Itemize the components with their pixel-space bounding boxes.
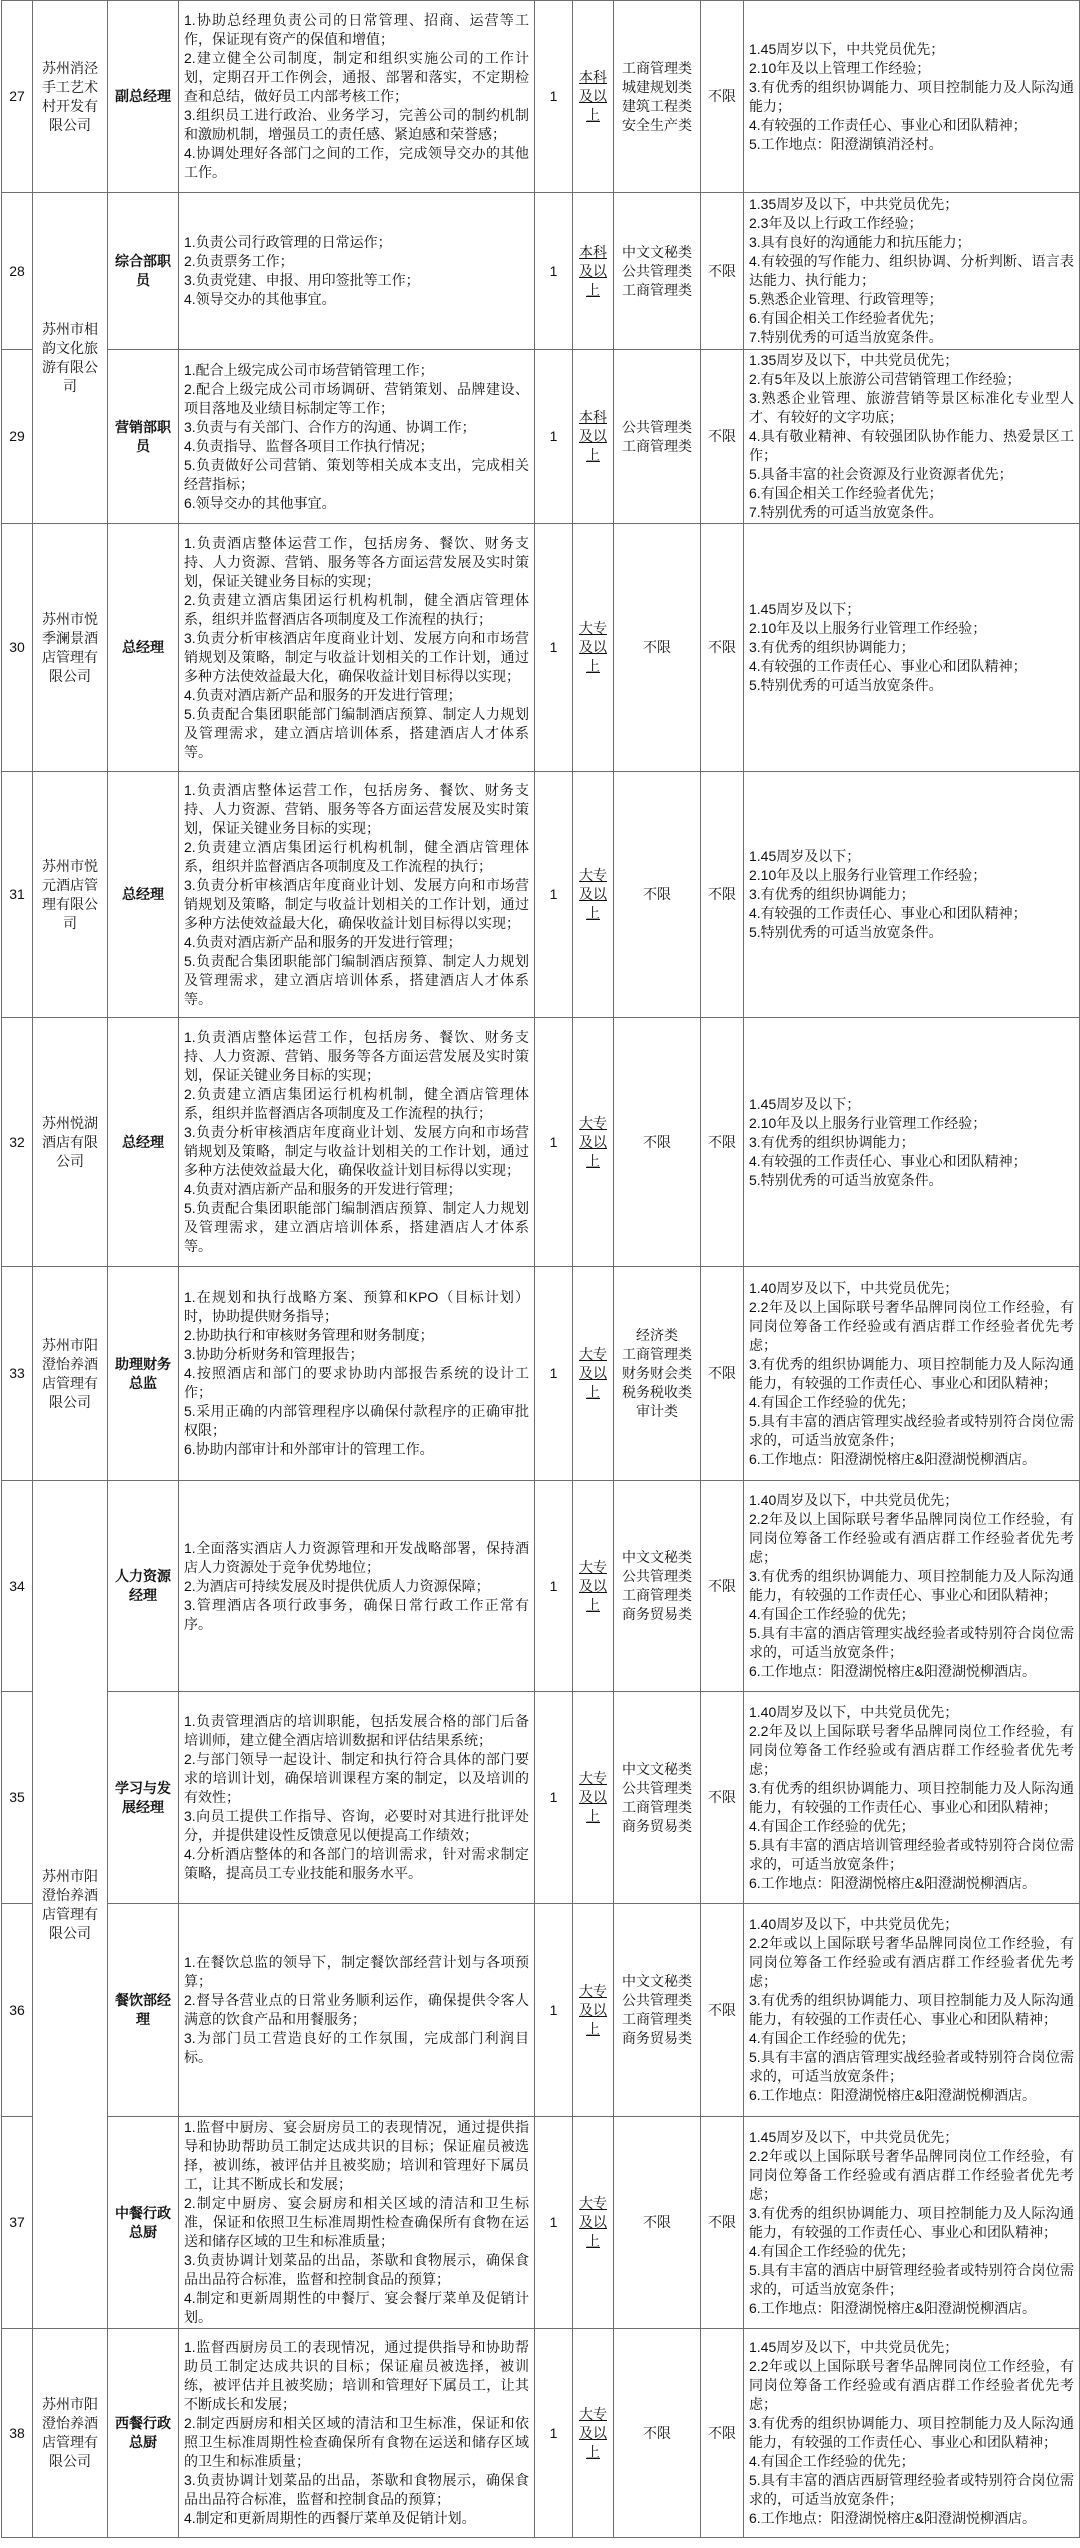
row-number: 29 (2, 350, 33, 524)
major-categories: 中文文秘类 公共管理类 工商管理类 (614, 193, 701, 350)
other-limit: 不限 (701, 350, 744, 524)
education-requirement: 本科及以上 (573, 193, 614, 350)
table-row: 34 苏州市阳澄怡养酒店管理有限公司 人力资源经理 1.全面落实酒店人力资源管理… (2, 1481, 1080, 1692)
other-limit: 不限 (701, 2329, 744, 2538)
other-limit: 不限 (701, 193, 744, 350)
table-row: 30 苏州市悦季澜景酒店管理有限公司 总经理 1.负责酒店整体运营工作，包括房务… (2, 524, 1080, 772)
row-number: 36 (2, 1904, 33, 2117)
major-categories: 公共管理类 工商管理类 (614, 350, 701, 524)
recruitment-table: 27 苏州消泾手工艺术村开发有限公司 副总经理 1.协助总经理负责公司的日常管理… (1, 0, 1080, 2538)
table-row: 37 中餐行政总厨 1.监督中厨房、宴会厨房员工的表现情况，通过提供指导和协助帮… (2, 2117, 1080, 2329)
job-requirements: 1.35周岁及以下，中共党员优先； 2.3年及以上行政工作经验； 3.具有良好的… (744, 193, 1080, 350)
headcount: 1 (535, 772, 573, 1018)
job-requirements: 1.45周岁及以下； 2.10年及以上服务行业管理工作经验； 3.有优秀的组织协… (744, 772, 1080, 1018)
job-requirements: 1.35周岁及以下，中共党员优先； 2.有5年及以上旅游公司营销管理工作经验； … (744, 350, 1080, 524)
table-row: 35 学习与发展经理 1.负责管理酒店的培训职能，包括发展合格的部门后备培训师，… (2, 1692, 1080, 1904)
education-requirement: 大专及以上 (573, 2329, 614, 2538)
education-requirement: 本科及以上 (573, 1, 614, 193)
position-title: 总经理 (108, 1018, 179, 1267)
major-categories: 不限 (614, 2117, 701, 2329)
headcount: 1 (535, 193, 573, 350)
row-number: 30 (2, 524, 33, 772)
job-duties: 1.监督中厨房、宴会厨房员工的表现情况，通过提供指导和协助帮助员工制定达成共识的… (179, 2117, 535, 2329)
other-limit: 不限 (701, 1267, 744, 1481)
job-duties: 1.协助总经理负责公司的日常管理、招商、运营等工作，保证现有资产的保值和增值； … (179, 1, 535, 193)
job-requirements: 1.45周岁以下，中共党员优先； 2.10年及以上管理工作经验； 3.有优秀的组… (744, 1, 1080, 193)
position-title: 综合部职员 (108, 193, 179, 350)
row-number: 35 (2, 1692, 33, 1904)
education-requirement: 大专及以上 (573, 1692, 614, 1904)
major-categories: 不限 (614, 772, 701, 1018)
row-number: 27 (2, 1, 33, 193)
headcount: 1 (535, 1904, 573, 2117)
position-title: 中餐行政总厨 (108, 2117, 179, 2329)
major-categories: 经济类 工商管理类 财务财会类 税务税收类 审计类 (614, 1267, 701, 1481)
job-duties: 1.配合上级完成公司市场营销管理工作； 2.配合上级完成公司市场调研、营销策划、… (179, 350, 535, 524)
major-categories: 工商管理类 城建规划类 建筑工程类 安全生产类 (614, 1, 701, 193)
job-duties: 1.全面落实酒店人力资源管理和开发战略部署，保持酒店人力资源处于竞争优势地位； … (179, 1481, 535, 1692)
major-categories: 中文文秘类 公共管理类 工商管理类 商务贸易类 (614, 1481, 701, 1692)
job-duties: 1.负责酒店整体运营工作，包括房务、餐饮、财务支持、人力资源、营销、服务等各方面… (179, 1018, 535, 1267)
position-title: 营销部职员 (108, 350, 179, 524)
table-row: 32 苏州悦湖酒店有限公司 总经理 1.负责酒店整体运营工作，包括房务、餐饮、财… (2, 1018, 1080, 1267)
headcount: 1 (535, 350, 573, 524)
position-title: 餐饮部经理 (108, 1904, 179, 2117)
job-duties: 1.负责酒店整体运营工作，包括房务、餐饮、财务支持、人力资源、营销、服务等各方面… (179, 524, 535, 772)
position-title: 西餐行政总厨 (108, 2329, 179, 2538)
table-row: 36 餐饮部经理 1.在餐饮总监的领导下，制定餐饮部经营计划与各项预算； 2.督… (2, 1904, 1080, 2117)
row-number: 33 (2, 1267, 33, 1481)
table-row: 33 苏州市阳澄怡养酒店管理有限公司 助理财务总监 1.在规划和执行战略方案、预… (2, 1267, 1080, 1481)
table-row: 28 苏州市相韵文化旅游有限公司 综合部职员 1.负责公司行政管理的日常运作； … (2, 193, 1080, 350)
job-requirements: 1.40周岁及以下，中共党员优先； 2.2年及以上国际联号奢华品牌同岗位工作经验… (744, 1267, 1080, 1481)
table-row: 27 苏州消泾手工艺术村开发有限公司 副总经理 1.协助总经理负责公司的日常管理… (2, 1, 1080, 193)
education-requirement: 大专及以上 (573, 1904, 614, 2117)
position-title: 总经理 (108, 524, 179, 772)
headcount: 1 (535, 1267, 573, 1481)
job-requirements: 1.40周岁及以下，中共党员优先； 2.2年或以上国际联号奢华品牌同岗位工作经验… (744, 1904, 1080, 2117)
other-limit: 不限 (701, 772, 744, 1018)
job-requirements: 1.40周岁及以下，中共党员优先； 2.2年及以上国际联号奢华品牌同岗位工作经验… (744, 1692, 1080, 1904)
table-row: 29 营销部职员 1.配合上级完成公司市场营销管理工作； 2.配合上级完成公司市… (2, 350, 1080, 524)
headcount: 1 (535, 1, 573, 193)
job-duties: 1.在规划和执行战略方案、预算和KPO（目标计划）时，协助提供财务指导； 2.协… (179, 1267, 535, 1481)
major-categories: 中文文秘类 公共管理类 工商管理类 商务贸易类 (614, 1904, 701, 2117)
major-categories: 不限 (614, 524, 701, 772)
headcount: 1 (535, 1481, 573, 1692)
education-requirement: 大专及以上 (573, 524, 614, 772)
job-requirements: 1.45周岁及以下，中共党员优先； 2.2年或以上国际联号奢华品牌同岗位工作经验… (744, 2117, 1080, 2329)
job-duties: 1.在餐饮总监的领导下，制定餐饮部经营计划与各项预算； 2.督导各营业点的日常业… (179, 1904, 535, 2117)
education-requirement: 大专及以上 (573, 772, 614, 1018)
other-limit: 不限 (701, 524, 744, 772)
job-duties: 1.监督西厨房员工的表现情况，通过提供指导和协助帮助员工制定达成共识的目标；保证… (179, 2329, 535, 2538)
row-number: 37 (2, 2117, 33, 2329)
education-requirement: 大专及以上 (573, 2117, 614, 2329)
company-name: 苏州市阳澄怡养酒店管理有限公司 (33, 2329, 108, 2538)
position-title: 人力资源经理 (108, 1481, 179, 1692)
table-row: 31 苏州市悦元酒店管理有限公司 总经理 1.负责酒店整体运营工作，包括房务、餐… (2, 772, 1080, 1018)
company-name: 苏州市阳澄怡养酒店管理有限公司 (33, 1481, 108, 2329)
other-limit: 不限 (701, 1481, 744, 1692)
job-duties: 1.负责管理酒店的培训职能，包括发展合格的部门后备培训师，建立健全酒店培训数据和… (179, 1692, 535, 1904)
education-requirement: 大专及以上 (573, 1481, 614, 1692)
education-requirement: 大专及以上 (573, 1018, 614, 1267)
company-name: 苏州市悦元酒店管理有限公司 (33, 772, 108, 1018)
row-number: 32 (2, 1018, 33, 1267)
position-title: 总经理 (108, 772, 179, 1018)
job-requirements: 1.45周岁及以下； 2.10年及以上服务行业管理工作经验； 3.有优秀的组织协… (744, 1018, 1080, 1267)
headcount: 1 (535, 1018, 573, 1267)
table-row: 38 苏州市阳澄怡养酒店管理有限公司 西餐行政总厨 1.监督西厨房员工的表现情况… (2, 2329, 1080, 2538)
job-duties: 1.负责公司行政管理的日常运作； 2.负责票务工作； 3.负责党建、申报、用印签… (179, 193, 535, 350)
headcount: 1 (535, 524, 573, 772)
company-name: 苏州市阳澄怡养酒店管理有限公司 (33, 1267, 108, 1481)
company-name: 苏州悦湖酒店有限公司 (33, 1018, 108, 1267)
major-categories: 中文文秘类 公共管理类 工商管理类 商务贸易类 (614, 1692, 701, 1904)
job-duties: 1.负责酒店整体运营工作，包括房务、餐饮、财务支持、人力资源、营销、服务等各方面… (179, 772, 535, 1018)
other-limit: 不限 (701, 1692, 744, 1904)
education-requirement: 大专及以上 (573, 1267, 614, 1481)
row-number: 34 (2, 1481, 33, 1692)
row-number: 38 (2, 2329, 33, 2538)
other-limit: 不限 (701, 1018, 744, 1267)
position-title: 副总经理 (108, 1, 179, 193)
other-limit: 不限 (701, 1, 744, 193)
position-title: 学习与发展经理 (108, 1692, 179, 1904)
job-requirements: 1.45周岁及以下； 2.10年及以上服务行业管理工作经验； 3.有优秀的组织协… (744, 524, 1080, 772)
position-title: 助理财务总监 (108, 1267, 179, 1481)
headcount: 1 (535, 2117, 573, 2329)
job-requirements: 1.40周岁及以下，中共党员优先； 2.2年及以上国际联号奢华品牌同岗位工作经验… (744, 1481, 1080, 1692)
other-limit: 不限 (701, 1904, 744, 2117)
company-name: 苏州市悦季澜景酒店管理有限公司 (33, 524, 108, 772)
headcount: 1 (535, 1692, 573, 1904)
row-number: 28 (2, 193, 33, 350)
job-requirements: 1.45周岁及以下，中共党员优先； 2.2年或以上国际联号奢华品牌同岗位工作经验… (744, 2329, 1080, 2538)
headcount: 1 (535, 2329, 573, 2538)
row-number: 31 (2, 772, 33, 1018)
education-requirement: 本科及以上 (573, 350, 614, 524)
company-name: 苏州市相韵文化旅游有限公司 (33, 193, 108, 524)
major-categories: 不限 (614, 2329, 701, 2538)
major-categories: 不限 (614, 1018, 701, 1267)
other-limit: 不限 (701, 2117, 744, 2329)
company-name: 苏州消泾手工艺术村开发有限公司 (33, 1, 108, 193)
